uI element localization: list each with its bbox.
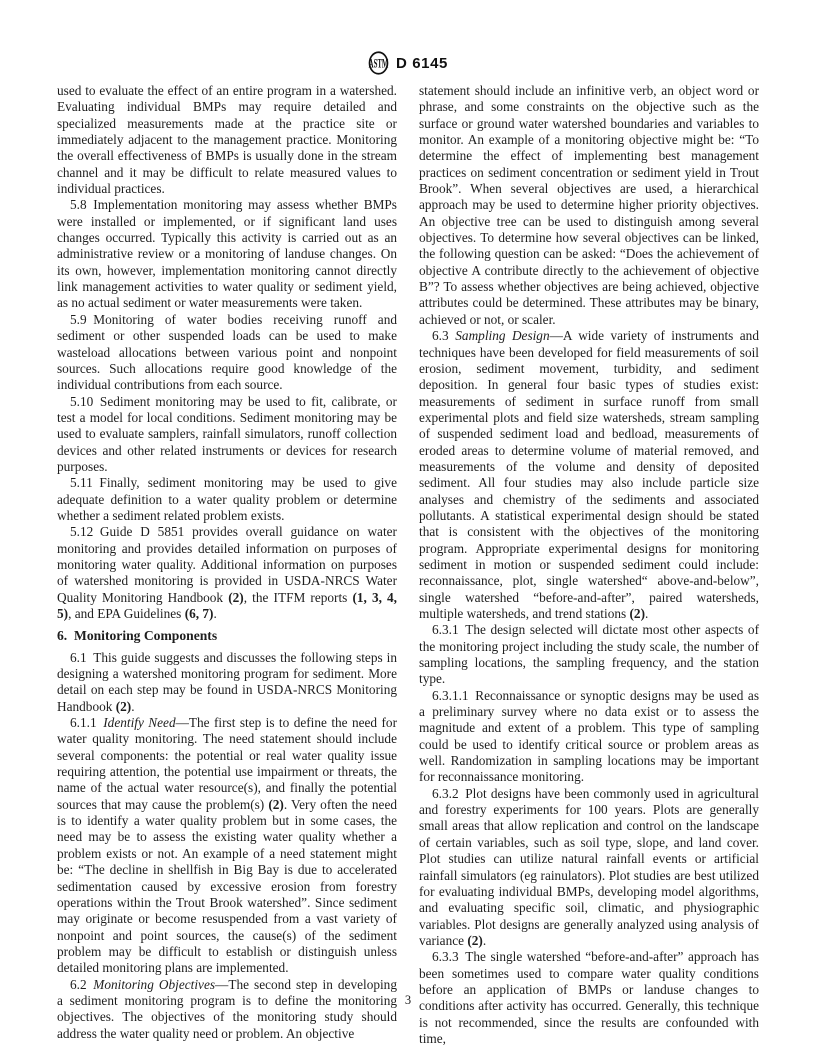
paragraph: 5.10 Sediment monitoring may be used to … xyxy=(57,394,397,476)
text-run: . xyxy=(483,933,486,948)
text-run: (2) xyxy=(116,699,132,714)
astm-logo-icon: ASTM xyxy=(368,51,389,75)
section-heading: 6. Monitoring Components xyxy=(57,628,397,644)
text-run: , and EPA Guidelines xyxy=(68,606,185,621)
paragraph: used to evaluate the effect of an entire… xyxy=(57,83,397,197)
paragraph: 6.2 Monitoring Objectives—The second ste… xyxy=(57,977,397,1042)
paragraph: 6.1.1 Identify Need—The first step is to… xyxy=(57,715,397,977)
text-run: 6.3 xyxy=(432,328,455,343)
paragraph: 5.12 Guide D 5851 provides overall guida… xyxy=(57,524,397,622)
text-run: 6.3.1 The design selected will dictate m… xyxy=(419,622,759,686)
text-run: —A wide variety of instruments and techn… xyxy=(419,328,759,621)
text-run: 6. Monitoring Components xyxy=(57,628,217,643)
text-run: 5.11 Finally, sediment monitoring may be… xyxy=(57,475,397,523)
text-run: 6.2 xyxy=(70,977,93,992)
text-run: (2) xyxy=(268,797,284,812)
text-run: Monitoring Objectives xyxy=(93,977,215,992)
text-run: . xyxy=(214,606,217,621)
paragraph: statement should include an infinitive v… xyxy=(419,83,759,328)
text-run: 6.1.1 xyxy=(70,715,103,730)
paragraph: 5.9 Monitoring of water bodies receiving… xyxy=(57,312,397,394)
paragraph: 6.3.1.1 Reconnaissance or synoptic desig… xyxy=(419,688,759,786)
text-run: (2) xyxy=(228,590,244,605)
two-column-text: used to evaluate the effect of an entire… xyxy=(57,83,759,1047)
doc-number: D 6145 xyxy=(396,55,448,72)
page-header: ASTM D 6145 xyxy=(0,51,816,75)
text-run: Sampling Design xyxy=(455,328,549,343)
right-column: statement should include an infinitive v… xyxy=(419,83,759,1047)
text-run: . xyxy=(131,699,134,714)
text-run: , the ITFM reports xyxy=(244,590,353,605)
text-run: 6.3.1.1 Reconnaissance or synoptic desig… xyxy=(419,688,759,785)
paragraph: 6.1 This guide suggests and discusses th… xyxy=(57,650,397,715)
svg-text:ASTM: ASTM xyxy=(369,57,389,71)
text-run: (2) xyxy=(630,606,646,621)
text-run: 6.3.2 Plot designs have been commonly us… xyxy=(419,786,759,948)
paragraph: 5.8 Implementation monitoring may assess… xyxy=(57,197,397,311)
text-run: (2) xyxy=(467,933,483,948)
text-run: . Very often the need is to identify a w… xyxy=(57,797,397,975)
text-run: . xyxy=(645,606,648,621)
left-column: used to evaluate the effect of an entire… xyxy=(57,83,397,1047)
text-run: (6, 7) xyxy=(185,606,214,621)
text-run: statement should include an infinitive v… xyxy=(419,83,759,327)
text-run: 6.1 This guide suggests and discusses th… xyxy=(57,650,397,714)
text-run: Identify Need xyxy=(103,715,175,730)
page-number: 3 xyxy=(0,993,816,1008)
paragraph: 5.11 Finally, sediment monitoring may be… xyxy=(57,475,397,524)
paragraph: 6.3 Sampling Design—A wide variety of in… xyxy=(419,328,759,622)
paragraph: 6.3.2 Plot designs have been commonly us… xyxy=(419,786,759,949)
paragraph: 6.3.1 The design selected will dictate m… xyxy=(419,622,759,687)
text-run: 5.10 Sediment monitoring may be used to … xyxy=(57,394,397,474)
document-page: ASTM D 6145 used to evaluate the effect … xyxy=(0,0,816,1056)
text-run: 5.8 Implementation monitoring may assess… xyxy=(57,197,397,310)
text-run: used to evaluate the effect of an entire… xyxy=(57,83,397,196)
text-run: 5.9 Monitoring of water bodies receiving… xyxy=(57,312,397,392)
